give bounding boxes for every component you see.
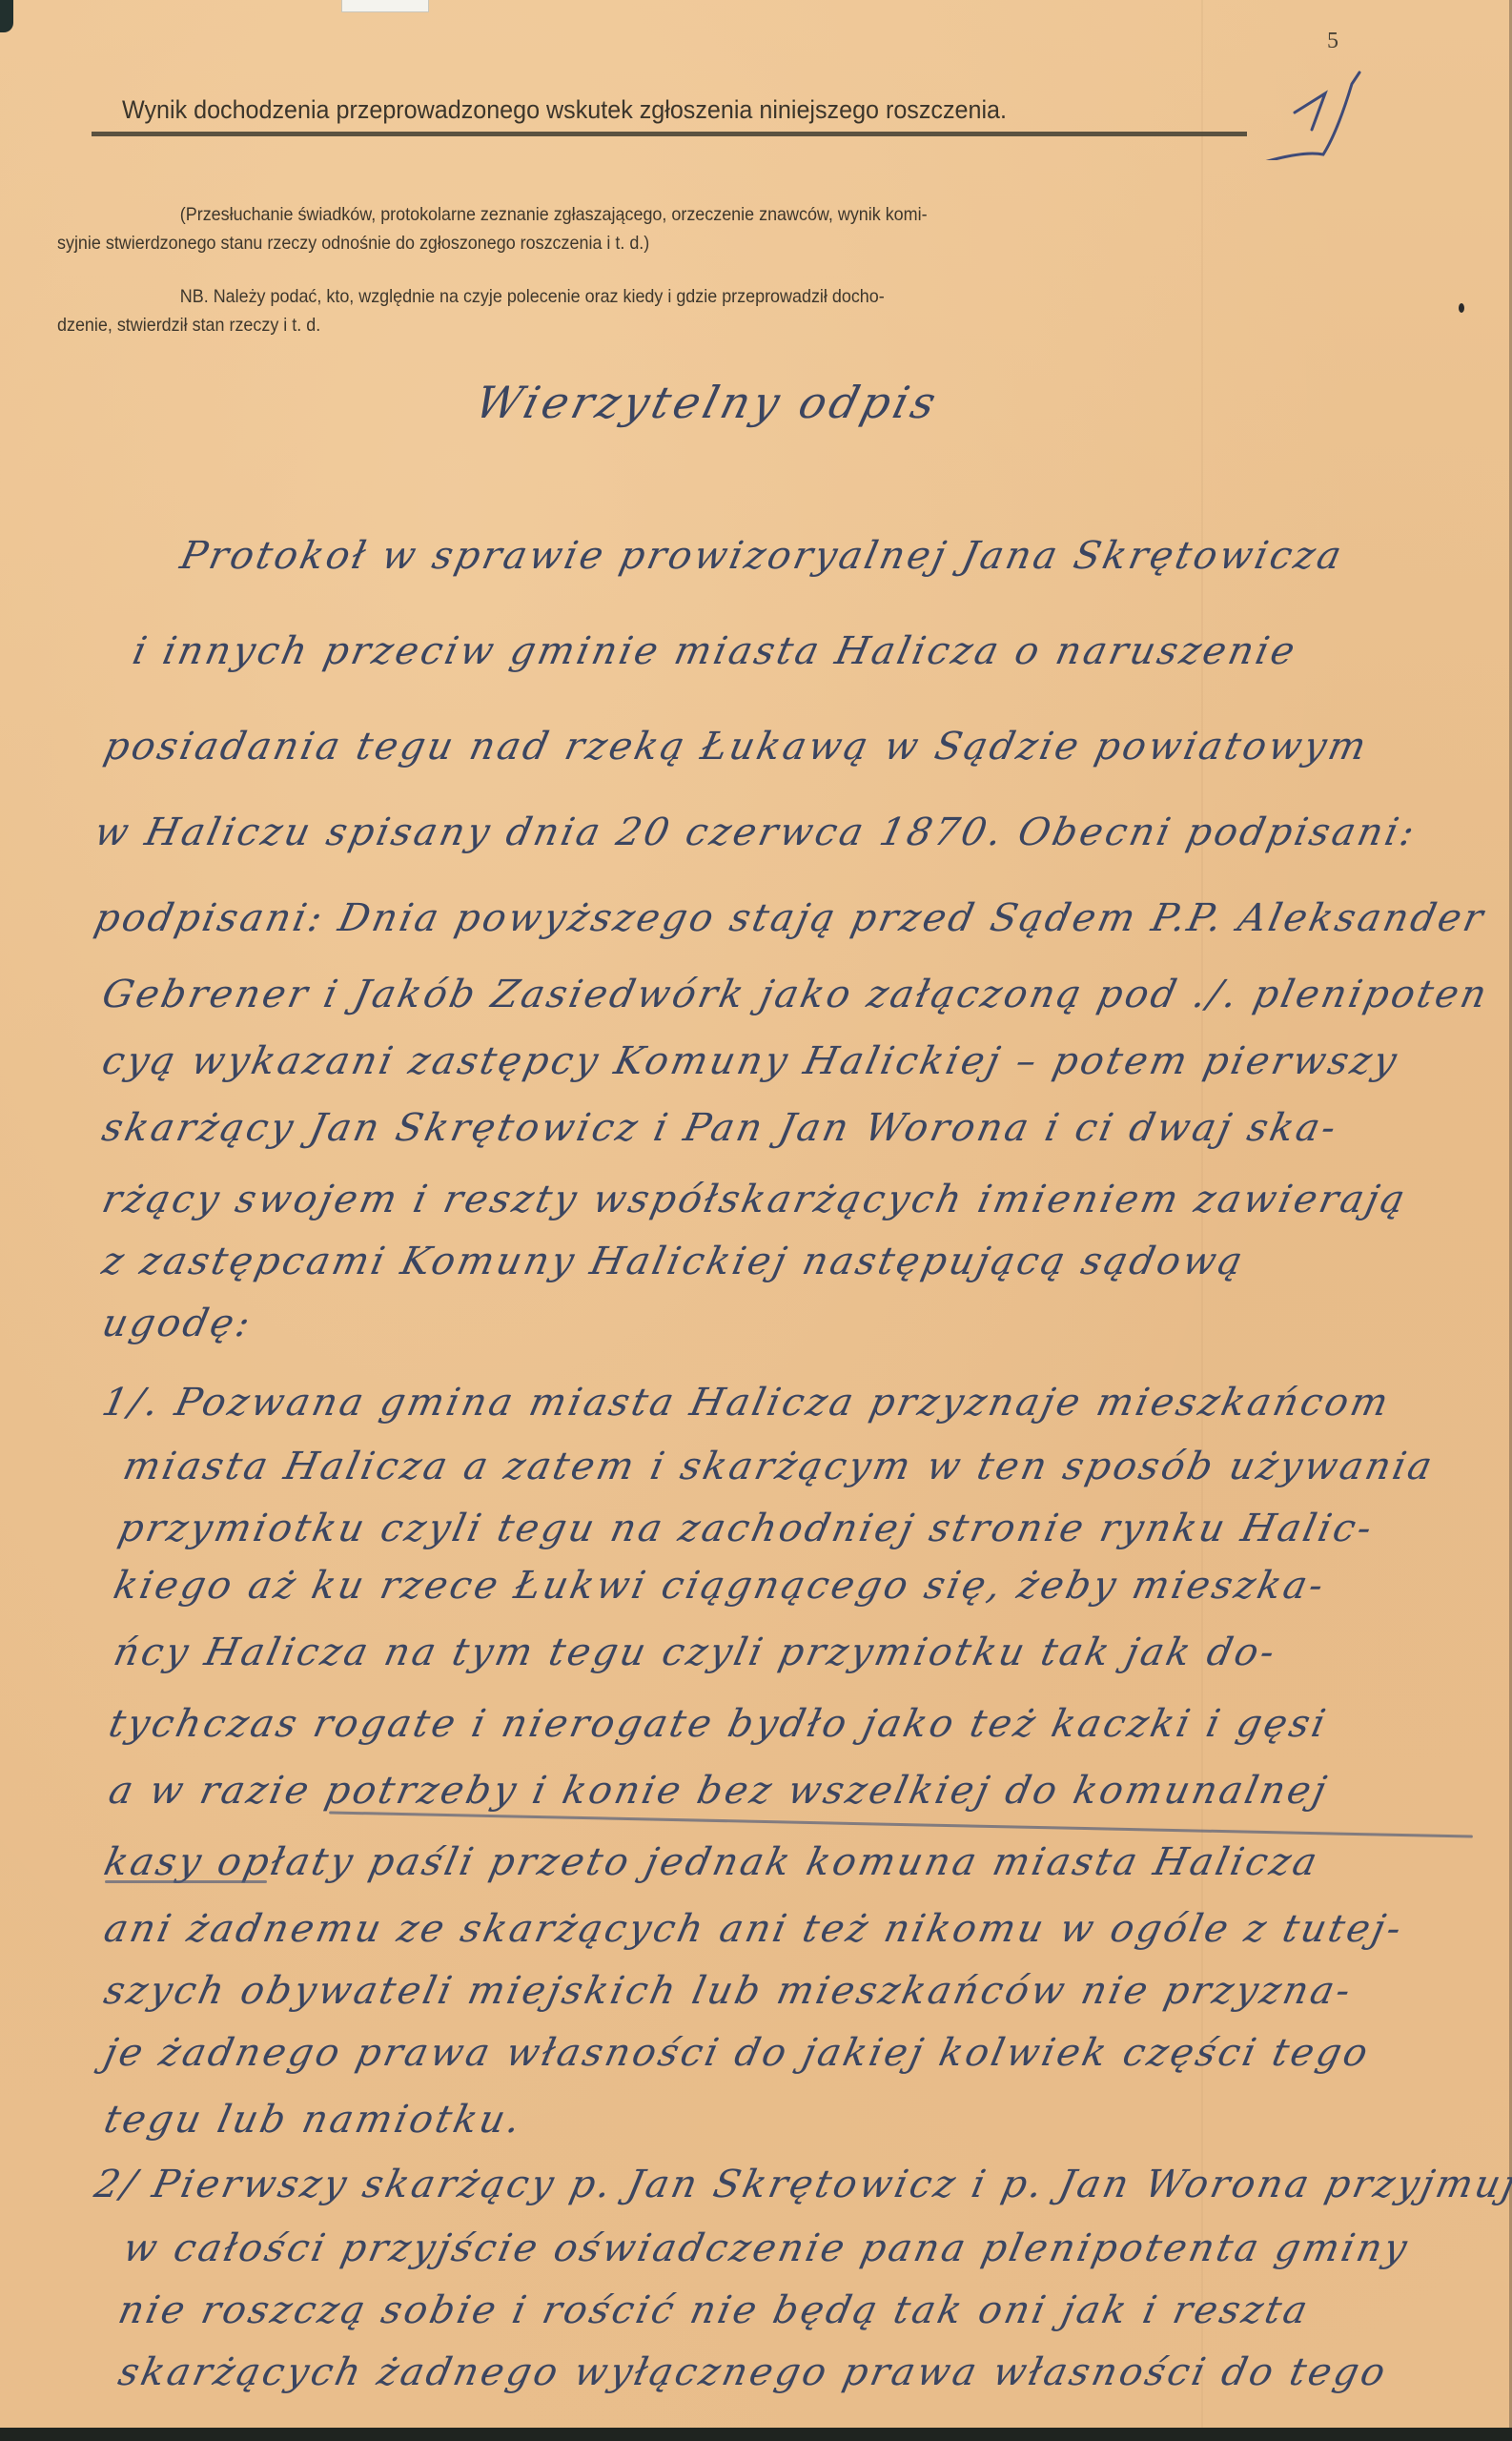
manuscript-line: i innych przeciw gminie miasta Halicza o… <box>129 629 1301 673</box>
manuscript-line: cyą wykazani zastępcy Komuny Halickiej –… <box>98 1039 1403 1083</box>
manuscript-line: z zastępcami Komuny Halickiej następując… <box>98 1240 1249 1283</box>
manuscript-line: je żadnego prawa własności do jakiej kol… <box>100 2031 1374 2075</box>
manuscript-line: posiadania tegu nad rzeką Łukawą w Sądzi… <box>100 725 1373 769</box>
form-instructions: (Przesłuchanie świadków, protokolarne ze… <box>57 200 1285 257</box>
manuscript-line: podpisani: Dnia powyższego stają przed S… <box>91 896 1489 940</box>
manuscript-line: w całości przyjście oświadczenie pana pl… <box>119 2226 1413 2270</box>
form-note: NB. Należy podać, kto, względnie na czyj… <box>57 282 1285 339</box>
page-number: 5 <box>1327 29 1338 54</box>
manuscript-underline <box>105 1880 267 1883</box>
manuscript-line: miasta Halicza a zatem i skarżącym w ten… <box>119 1445 1439 1488</box>
manuscript-heading: Wierzytelny odpis <box>470 377 945 428</box>
page-bottom-edge <box>0 2428 1512 2441</box>
manuscript-line: kasy opłaty paśli przeto jednak komuna m… <box>100 1840 1323 1884</box>
note-line: NB. Należy podać, kto, względnie na czyj… <box>57 282 1285 311</box>
manuscript-line: Gebrener i Jakób Zasiedwórk jako załączo… <box>98 973 1493 1016</box>
folio-mark-icon <box>1257 55 1371 160</box>
manuscript-line: nie roszczą sobie i rościć nie będą tak … <box>114 2288 1314 2332</box>
manuscript-line: skarżący Jan Skrętowicz i Pan Jan Worona… <box>98 1106 1342 1150</box>
manuscript-line: tegu lub namiotku. <box>100 2098 527 2142</box>
manuscript-line: ugodę: <box>98 1302 256 1345</box>
manuscript-line: rżący swojem i reszty współskarżących im… <box>98 1178 1411 1221</box>
manuscript-line: 2/ Pierwszy skarżący p. Jan Skrętowicz i… <box>91 2163 1512 2206</box>
manuscript-line: w Haliczu spisany dnia 20 czerwca 1870. … <box>91 810 1420 854</box>
note-line: dzenie, stwierdził stan rzeczy i t. d. <box>57 311 1285 339</box>
form-title: Wynik dochodzenia przeprowadzonego wskut… <box>122 95 1177 125</box>
manuscript-line: przymiotku czyli tegu na zachodniej stro… <box>114 1507 1379 1550</box>
binder-clip <box>0 0 13 32</box>
instruction-line: (Przesłuchanie świadków, protokolarne ze… <box>57 200 1285 229</box>
manuscript-line: Protokoł w sprawie prowizoryalnej Jana S… <box>176 534 1348 578</box>
archive-label <box>341 0 429 12</box>
manuscript-line: a w razie potrzeby i konie bez wszelkiej… <box>105 1769 1333 1813</box>
manuscript-line: tychczas rogate i nierogate bydło jako t… <box>105 1702 1332 1746</box>
ink-spot <box>1459 303 1464 313</box>
manuscript-line: ani żadnemu ze skarżących ani też nikomu… <box>100 1907 1407 1951</box>
manuscript-line: ńcy Halicza na tym tegu czyli przymiotku… <box>110 1631 1281 1674</box>
manuscript-line: szych obywateli miejskich lub mieszkańcó… <box>100 1969 1357 2013</box>
manuscript-line: 1/. Pozwana gmina miasta Halicza przyzna… <box>98 1381 1395 1425</box>
instruction-line: syjnie stwierdzonego stanu rzeczy odnośn… <box>57 229 1285 257</box>
manuscript-line: skarżących żadnego wyłącznego prawa włas… <box>114 2350 1392 2394</box>
manuscript-line: kiego aż ku rzece Łukwi ciągnącego się, … <box>110 1564 1330 1608</box>
title-underline <box>92 132 1247 136</box>
